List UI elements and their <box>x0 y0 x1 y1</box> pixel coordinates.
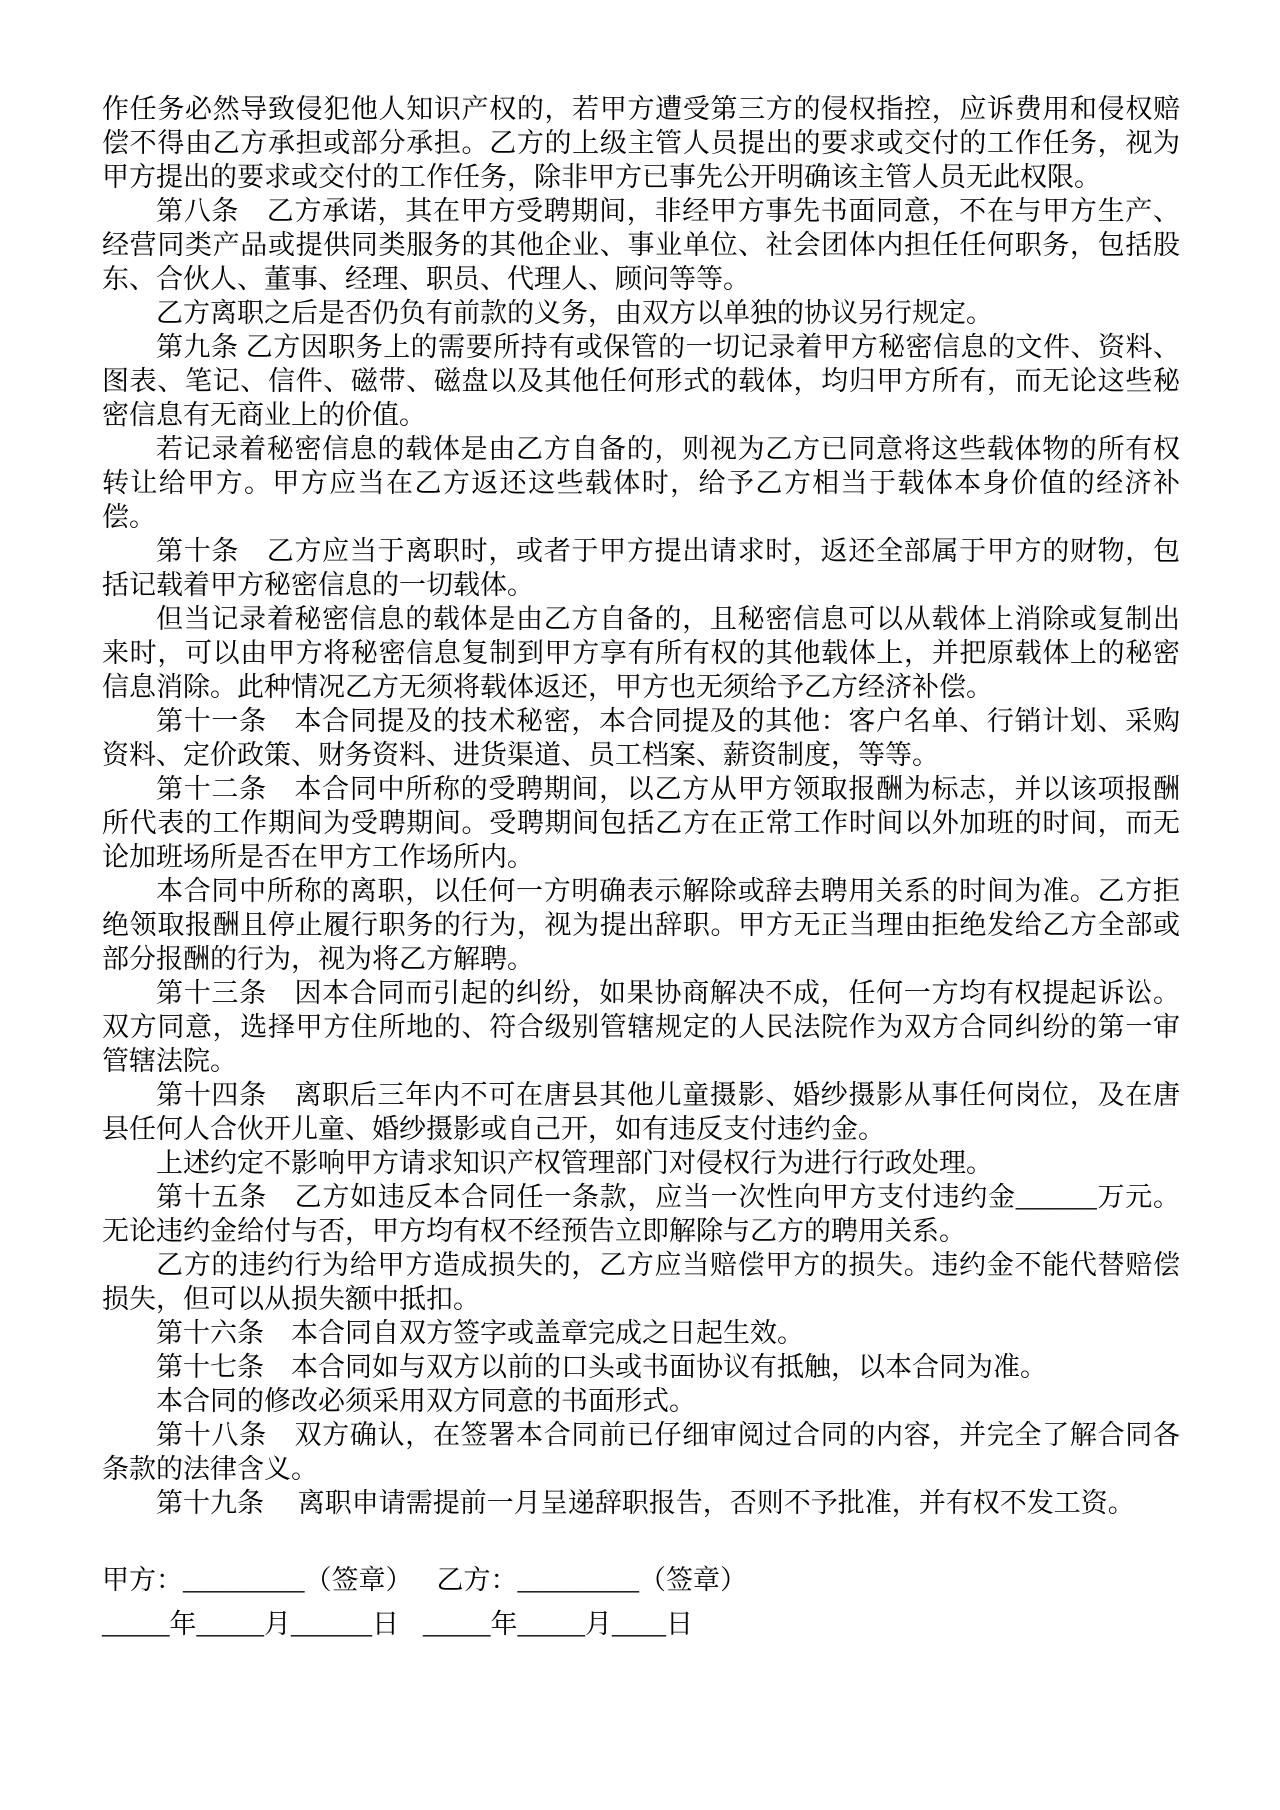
para-article-12-cont: 本合同中所称的离职，以任何一方明确表示解除或辞去聘用关系的时间为准。乙方拒绝领取… <box>102 874 1180 976</box>
party-a-label: 甲方： <box>102 1558 183 1602</box>
para-article-12: 第十二条 本合同中所称的受聘期间，以乙方从甲方领取报酬为标志，并以该项报酬所代表… <box>102 772 1180 874</box>
party-b-label: 乙方： <box>437 1558 518 1602</box>
para-article-19: 第十九条 离职申请需提前一月呈递辞职报告，否则不予批准，并有权不发工资。 <box>102 1486 1180 1520</box>
signature-row: 甲方：_________（签章）乙方：_________（签章） <box>102 1558 1180 1602</box>
para-article-9: 第九条 乙方因职务上的需要所持有或保管的一切记录着甲方秘密信息的文件、资料、图表… <box>102 330 1180 432</box>
para-article-14-cont: 上述约定不影响甲方请求知识产权管理部门对侵权行为进行行政处理。 <box>102 1146 1180 1180</box>
date-row: _____年_____月______日_____年_____月____日 <box>102 1602 1180 1646</box>
para-continuation: 作任务必然导致侵犯他人知识产权的，若甲方遭受第三方的侵权指控，应诉费用和侵权赔偿… <box>102 92 1180 194</box>
party-b-date-blank: _____年_____月____日 <box>423 1602 693 1646</box>
para-article-18: 第十八条 双方确认，在签署本合同前已仔细审阅过合同的内容，并完全了解合同各条款的… <box>102 1418 1180 1486</box>
party-a-date-blank: _____年_____月______日 <box>102 1602 399 1646</box>
contract-page: 作任务必然导致侵犯他人知识产权的，若甲方遭受第三方的侵权指控，应诉费用和侵权赔偿… <box>102 92 1180 1646</box>
party-b-signature-blank: _________ <box>518 1558 640 1602</box>
para-article-16: 第十六条 本合同自双方签字或盖章完成之日起生效。 <box>102 1316 1180 1350</box>
para-article-13: 第十三条 因本合同而引起的纠纷，如果协商解决不成，任何一方均有权提起诉讼。双方同… <box>102 976 1180 1078</box>
para-article-8-cont: 乙方离职之后是否仍负有前款的义务，由双方以单独的协议另行规定。 <box>102 296 1180 330</box>
para-article-9-cont: 若记录着秘密信息的载体是由乙方自备的，则视为乙方已同意将这些载体物的所有权转让给… <box>102 432 1180 534</box>
para-article-11: 第十一条 本合同提及的技术秘密，本合同提及的其他：客户名单、行销计划、采购资料、… <box>102 704 1180 772</box>
para-article-17-cont: 本合同的修改必须采用双方同意的书面形式。 <box>102 1384 1180 1418</box>
para-article-15: 第十五条 乙方如违反本合同任一条款，应当一次性向甲方支付违约金______万元。… <box>102 1180 1180 1248</box>
para-article-10-cont: 但当记录着秘密信息的载体是由乙方自备的，且秘密信息可以从载体上消除或复制出来时，… <box>102 602 1180 704</box>
para-article-10: 第十条 乙方应当于离职时，或者于甲方提出请求时，返还全部属于甲方的财物，包括记载… <box>102 534 1180 602</box>
party-a-seal-label: （签章） <box>305 1558 413 1602</box>
party-a-signature-blank: _________ <box>183 1558 305 1602</box>
party-b-seal-label: （签章） <box>639 1558 747 1602</box>
para-article-17: 第十七条 本合同如与双方以前的口头或书面协议有抵触，以本合同为准。 <box>102 1350 1180 1384</box>
para-article-14: 第十四条 离职后三年内不可在唐县其他儿童摄影、婚纱摄影从事任何岗位，及在唐县任何… <box>102 1078 1180 1146</box>
para-article-8: 第八条 乙方承诺，其在甲方受聘期间，非经甲方事先书面同意，不在与甲方生产、经营同… <box>102 194 1180 296</box>
signature-block: 甲方：_________（签章）乙方：_________（签章） _____年_… <box>102 1558 1180 1646</box>
para-article-15-cont: 乙方的违约行为给甲方造成损失的，乙方应当赔偿甲方的损失。违约金不能代替赔偿损失，… <box>102 1248 1180 1316</box>
